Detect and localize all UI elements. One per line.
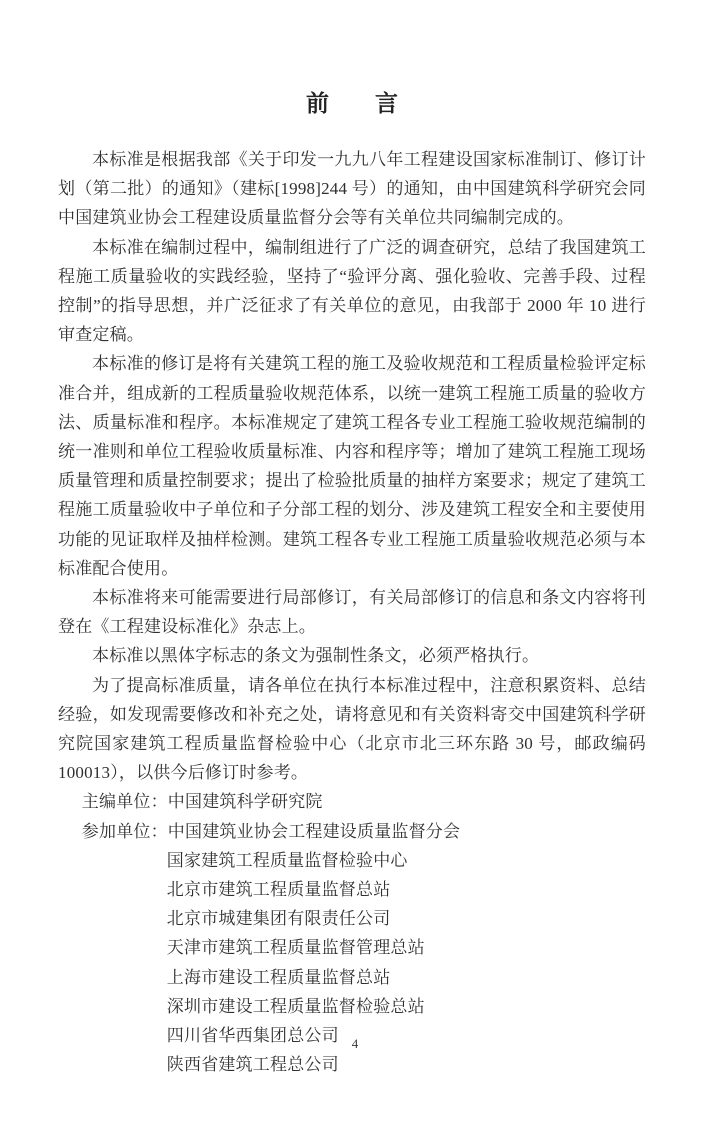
participants-label: 参加单位： xyxy=(82,822,168,841)
participant-item: 北京市建筑工程质量监督总站 xyxy=(58,875,646,904)
chief-editor-label: 主编单位： xyxy=(82,792,168,811)
page-number: 4 xyxy=(0,1036,710,1052)
participant-item: 北京市城建集团有限责任公司 xyxy=(58,904,646,933)
chief-editor-line: 主编单位：中国建筑科学研究院 xyxy=(58,787,646,816)
participant-item: 中国建筑业协会工程建设质量监督分会 xyxy=(168,822,460,841)
participant-item: 国家建筑工程质量监督检验中心 xyxy=(58,846,646,875)
paragraph-5: 本标准以黑体字标志的条文为强制性条文，必须严格执行。 xyxy=(58,641,646,670)
paragraph-3: 本标准的修订是将有关建筑工程的施工及验收规范和工程质量检验评定标准合并，组成新的… xyxy=(58,349,646,583)
document-page: 前 言 本标准是根据我部《关于印发一九九八年工程建设国家标准制订、修订计划（第二… xyxy=(0,0,710,1122)
paragraph-2: 本标准在编制过程中，编制组进行了广泛的调查研究，总结了我国建筑工程施工质量验收的… xyxy=(58,233,646,350)
page-content: 前 言 本标准是根据我部《关于印发一九九八年工程建设国家标准制订、修订计划（第二… xyxy=(58,88,646,1080)
participant-item: 陕西省建筑工程总公司 xyxy=(58,1050,646,1079)
participant-item: 天津市建筑工程质量监督管理总站 xyxy=(58,933,646,962)
participants-line: 参加单位：中国建筑业协会工程建设质量监督分会 xyxy=(58,817,646,846)
paragraph-4: 本标准将来可能需要进行局部修订，有关局部修订的信息和条文内容将刊登在《工程建设标… xyxy=(58,583,646,641)
participant-item: 上海市建设工程质量监督总站 xyxy=(58,963,646,992)
page-title: 前 言 xyxy=(58,88,646,120)
participant-item: 深圳市建设工程质量监督检验总站 xyxy=(58,992,646,1021)
chief-editor-value: 中国建筑科学研究院 xyxy=(168,792,323,811)
paragraph-1: 本标准是根据我部《关于印发一九九八年工程建设国家标准制订、修订计划（第二批）的通… xyxy=(58,145,646,233)
paragraph-6: 为了提高标准质量，请各单位在执行本标准过程中，注意积累资料、总结经验，如发现需要… xyxy=(58,671,646,788)
